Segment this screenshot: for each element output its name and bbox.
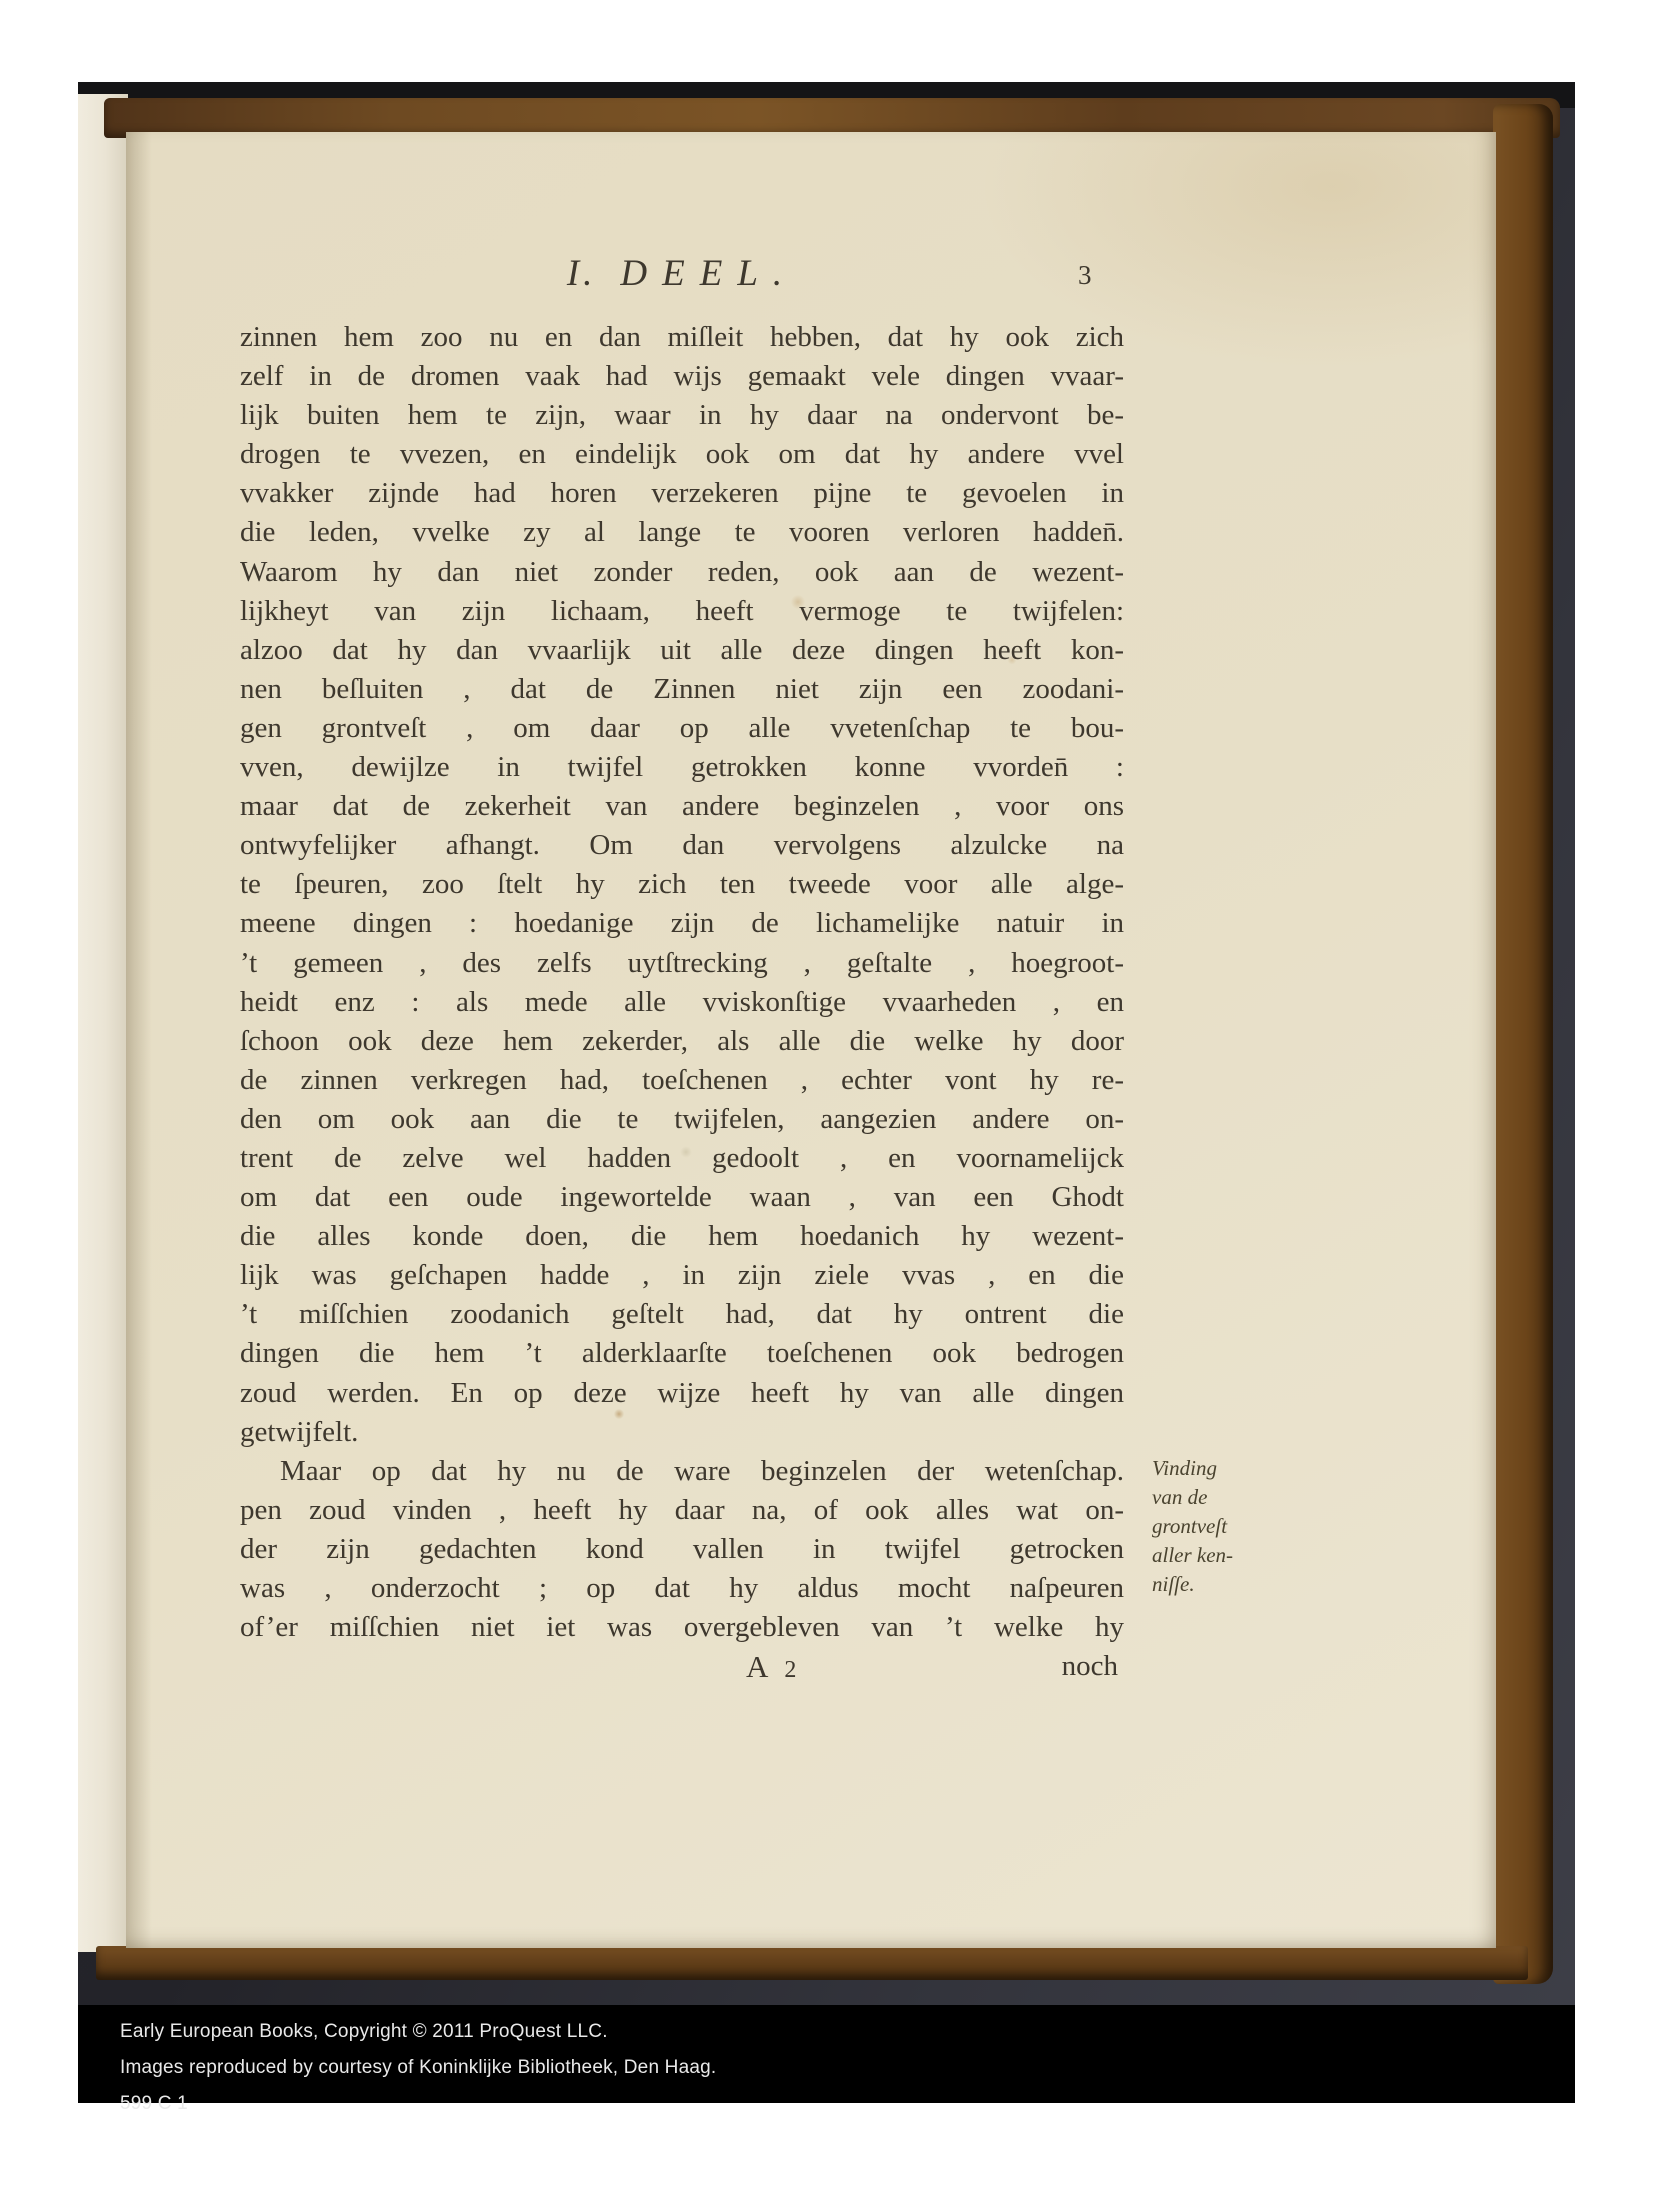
text-line: was , onderzocht ; op dat hy aldus mocht…: [240, 1569, 1124, 1608]
text-line: ’t miſſchien zoodanich geſtelt had, dat …: [240, 1295, 1124, 1334]
book-cover-right-edge: [1493, 104, 1553, 1984]
text-line: alzoo dat hy dan vvaarlijk uit alle deze…: [240, 631, 1124, 670]
text-line: ’t gemeen , des zelfs uytſtrecking , geſ…: [240, 944, 1124, 983]
text-line: te ſpeuren, zoo ſtelt hy zich ten tweede…: [240, 865, 1124, 904]
book-cover-bottom-edge: [96, 1946, 1528, 1980]
text-line: ontwyfelijker afhangt. Om dan vervolgens…: [240, 826, 1124, 865]
text-line: getwijfelt.: [240, 1413, 1124, 1452]
text-line: zoud werden. En op deze wijze heeft hy v…: [240, 1374, 1124, 1413]
text-line: den om ook aan die te twijfelen, aangezi…: [240, 1100, 1124, 1139]
catchword: noch: [1062, 1647, 1118, 1686]
text-block: zinnen hem zoo nu en dan miſleit hebben,…: [240, 318, 1124, 1687]
paragraph-1: zinnen hem zoo nu en dan miſleit hebben,…: [240, 318, 1124, 1452]
text-line: om dat een oude ingewortelde waan , van …: [240, 1178, 1124, 1217]
signature-mark: A2: [746, 1647, 796, 1690]
text-line: lijk buiten hem te zijn, waar in hy daar…: [240, 396, 1124, 435]
text-line: drogen te vvezen, en eindelijk ook om da…: [240, 435, 1124, 474]
text-line: meene dingen : hoedanige zijn de lichame…: [240, 904, 1124, 943]
text-line: gen grontveſt , om daar op alle vvetenſc…: [240, 709, 1124, 748]
text-line: maar dat de zekerheit van andere beginze…: [240, 787, 1124, 826]
page-number: 3: [1078, 260, 1092, 291]
text-line: ſchoon ook deze hem zekerder, als alle d…: [240, 1022, 1124, 1061]
text-line: lijkheyt van zijn lichaam, heeft vermoge…: [240, 592, 1124, 631]
book-page: I.DEEL. 3 zinnen hem zoo nu en dan miſle…: [126, 132, 1496, 1948]
signature-number: 2: [784, 1657, 796, 1683]
text-line: dingen die hem ’t alderklaarſte toeſchen…: [240, 1334, 1124, 1373]
text-line: grontveſt: [1152, 1512, 1276, 1541]
text-line: heidt enz : als mede alle vviskonſtige v…: [240, 983, 1124, 1022]
caption-courtesy: Images reproduced by courtesy of Koninkl…: [120, 2050, 1575, 2086]
text-line: die leden, vvelke zy al lange te vooren …: [240, 513, 1124, 552]
facing-page-edge: [78, 94, 128, 1952]
text-line: niſſe.: [1152, 1570, 1276, 1599]
text-line: aller ken-: [1152, 1541, 1276, 1570]
margin-note: Vindingvan degrontveſtaller ken-niſſe.: [1152, 1454, 1276, 1599]
text-line: der zijn gedachten kond vallen in twijfe…: [240, 1530, 1124, 1569]
text-line: nen beſluiten , dat de Zinnen niet zijn …: [240, 670, 1124, 709]
text-line: van de: [1152, 1483, 1276, 1512]
text-line: de zinnen verkregen had, toeſchenen , ec…: [240, 1061, 1124, 1100]
chapter-number: I.: [567, 253, 597, 294]
text-line: Maar op dat hy nu de ware beginzelen der…: [240, 1452, 1124, 1491]
text-line: vven, dewijlze in twijfel getrokken konn…: [240, 748, 1124, 787]
signature-letter: A: [746, 1649, 768, 1684]
chapter-title: DEEL.: [620, 253, 797, 294]
signature-line: A2 noch: [240, 1647, 1124, 1687]
caption-shelfmark: 599 C 1: [120, 2086, 1575, 2122]
scan-viewer-canvas: I.DEEL. 3 zinnen hem zoo nu en dan miſle…: [0, 0, 1653, 2200]
text-line: zelf in de dromen vaak had wijs gemaakt …: [240, 357, 1124, 396]
text-line: vvakker zijnde had horen verzekeren pijn…: [240, 474, 1124, 513]
caption-copyright: Early European Books, Copyright © 2011 P…: [120, 2014, 1575, 2050]
text-line: lijk was geſchapen hadde , in zijn ziele…: [240, 1256, 1124, 1295]
book-photo: I.DEEL. 3 zinnen hem zoo nu en dan miſle…: [78, 82, 1575, 2103]
text-line: zinnen hem zoo nu en dan miſleit hebben,…: [240, 318, 1124, 357]
proquest-caption-band: Early European Books, Copyright © 2011 P…: [78, 2005, 1575, 2103]
chapter-heading: I.DEEL.: [402, 252, 962, 295]
text-line: die alles konde doen, die hem hoedanich …: [240, 1217, 1124, 1256]
text-line: Waarom hy dan niet zonder reden, ook aan…: [240, 553, 1124, 592]
text-line: pen zoud vinden , heeft hy daar na, of o…: [240, 1491, 1124, 1530]
text-line: of’er miſſchien niet iet was overgebleve…: [240, 1608, 1124, 1647]
text-line: Vinding: [1152, 1454, 1276, 1483]
text-line: trent de zelve wel hadden gedoolt , en v…: [240, 1139, 1124, 1178]
paragraph-2: Maar op dat hy nu de ware beginzelen der…: [240, 1452, 1124, 1647]
gutter-shadow: [126, 132, 154, 1948]
